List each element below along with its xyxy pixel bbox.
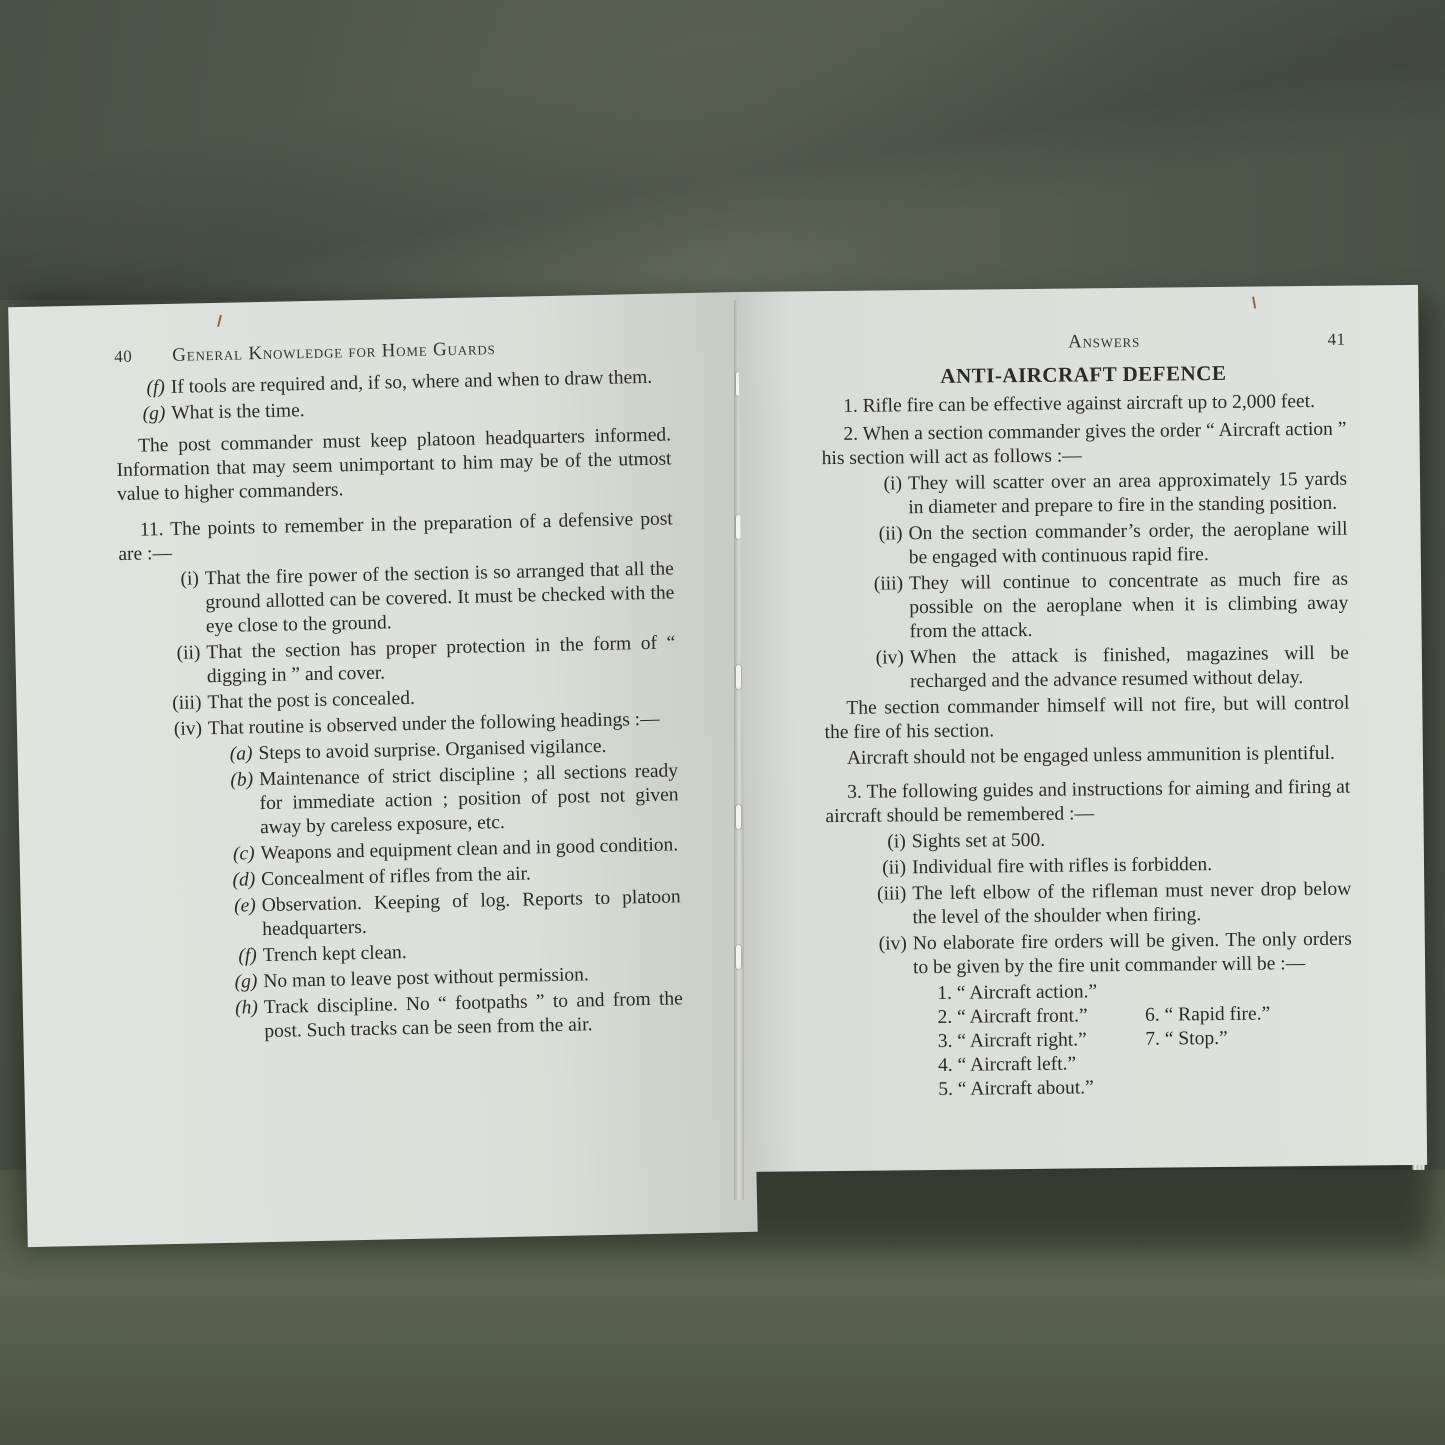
running-head-title: Answers (1068, 330, 1140, 355)
list-item: (ii)Individual fire with rifles is forbi… (826, 852, 1351, 881)
list-item: (iii)They will continue to concentrate a… (823, 568, 1349, 645)
order-item: 1. “ Aircraft action.” (937, 980, 1145, 1006)
binding-stitch (736, 945, 741, 969)
list-item: (iv)No elaborate fire orders will be giv… (827, 928, 1352, 981)
ink-mark (217, 315, 222, 327)
right-page: Answers 41 ANTI-AIRCRAFT DEFENCE 1. Rifl… (738, 285, 1427, 1172)
points-list: (i)That the fire power of the section is… (119, 557, 678, 743)
binding-stitch (736, 665, 741, 689)
left-page-content: 40 General Knowledge for Home Guards (f)… (114, 333, 684, 1046)
fabric-wrinkle (0, 0, 1445, 300)
section-title: ANTI-AIRCRAFT DEFENCE (821, 360, 1346, 389)
list-item: (b)Maintenance of strict discipline ; al… (123, 759, 679, 843)
page-number: 41 (1327, 328, 1345, 352)
paragraph: 1. Rifle fire can be effective against a… (821, 390, 1346, 419)
right-page-content: Answers 41 ANTI-AIRCRAFT DEFENCE 1. Rifl… (820, 328, 1353, 1103)
headings-list: (a)Steps to avoid surprise. Organised vi… (122, 733, 683, 1047)
list-item: (ii)That the section has proper protecti… (120, 631, 676, 691)
paragraph: 2. When a section commander gives the or… (821, 418, 1346, 471)
list-item: (iii)The left elbow of the rifleman must… (826, 878, 1351, 931)
fire-orders: 1. “ Aircraft action.” 2. “ Aircraft fro… (937, 978, 1353, 1102)
binding-stitch (736, 805, 741, 829)
ink-mark (1252, 297, 1256, 309)
running-head-title: General Knowledge for Home Guards (172, 337, 496, 368)
order-item: 5. “ Aircraft about.” (938, 1076, 1146, 1102)
order-item: 4. “ Aircraft left.” (938, 1052, 1146, 1078)
order-item: 7. “ Stop.” (1145, 1026, 1353, 1052)
page-number: 40 (114, 345, 132, 369)
paragraph: Aircraft should not be engaged unless am… (825, 742, 1350, 771)
order-item: 2. “ Aircraft front.” (937, 1004, 1145, 1030)
left-running-head: 40 General Knowledge for Home Guards (114, 333, 669, 369)
paragraph: The post commander must keep platoon hea… (116, 423, 672, 507)
actions-list: (i)They will scatter over an area approx… (822, 468, 1349, 695)
order-item: 6. “ Rapid fire.” (1145, 1002, 1353, 1028)
left-page: 40 General Knowledge for Home Guards (f)… (8, 292, 758, 1247)
order-item: 3. “ Aircraft right.” (938, 1028, 1146, 1054)
list-item: (i)That the fire power of the section is… (119, 557, 675, 641)
list-item: (ii)On the section commander’s order, th… (822, 518, 1347, 571)
list-item: (i)They will scatter over an area approx… (822, 468, 1347, 521)
list-item: (iv)When the attack is finished, magazin… (824, 642, 1349, 695)
list-item: (h)Track discipline. No “ footpaths ” to… (128, 987, 684, 1047)
orders-column-2: 6. “ Rapid fire.” 7. “ Stop.” (1145, 1002, 1353, 1100)
orders-column-1: 1. “ Aircraft action.” 2. “ Aircraft fro… (937, 980, 1146, 1102)
paragraph: The section commander himself will not f… (824, 692, 1349, 745)
list-item: (i)Sights set at 500. (826, 826, 1351, 855)
paragraph: 3. The following guides and instructions… (825, 776, 1350, 829)
paragraph: 11. The points to remember in the prepar… (118, 507, 674, 567)
list-item: (e)Observation. Keeping of log. Reports … (126, 885, 682, 945)
guides-list: (i)Sights set at 500. (ii)Individual fir… (826, 826, 1353, 981)
right-running-head: Answers 41 (820, 328, 1345, 357)
